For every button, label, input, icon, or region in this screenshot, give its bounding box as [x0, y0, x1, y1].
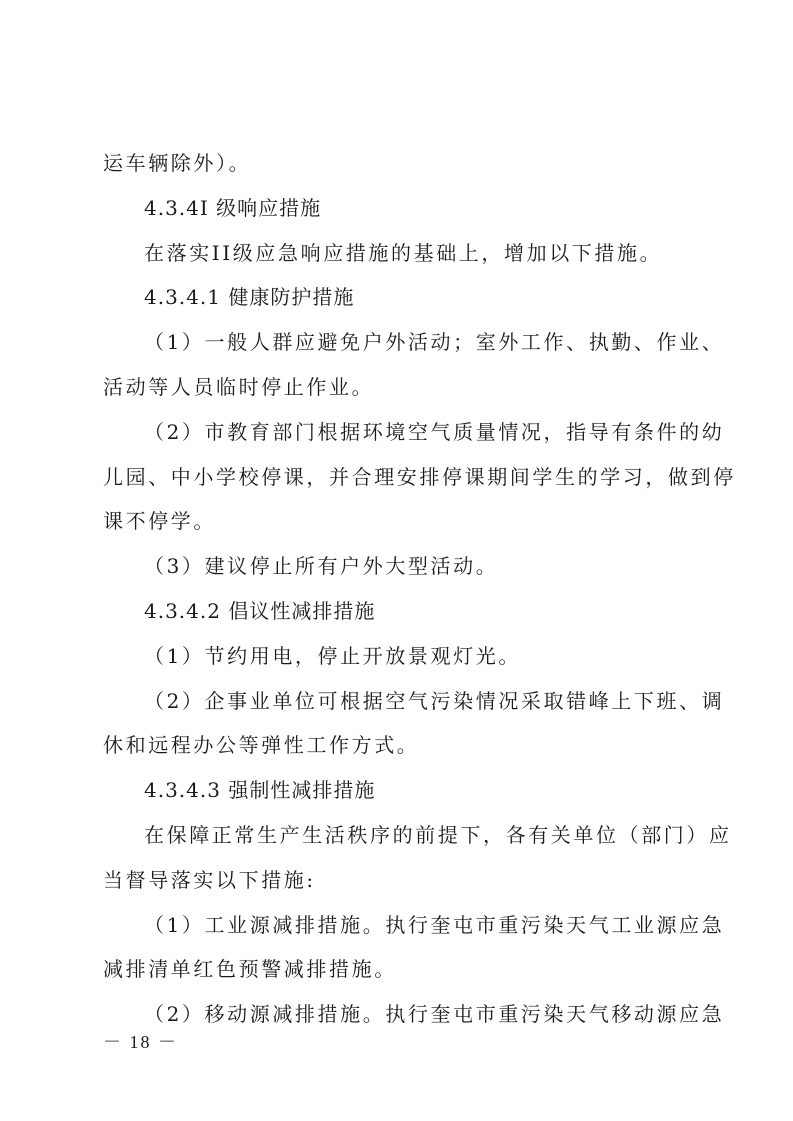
section-heading-4-3-4-1: 4.3.4.1 健康防护措施 — [103, 280, 693, 325]
paragraph-mandatory-intro: 在保障正常生产生活秩序的前提下，各有关单位（部门）应 — [103, 818, 693, 863]
list-item-mandatory-2: （2）移动源减排措施。执行奎屯市重污染天气移动源应急 — [103, 997, 693, 1042]
page-number: － 18 － — [103, 1028, 178, 1054]
list-item-health-2-cont: 儿园、中小学校停课，并合理安排停课期间学生的学习，做到停 — [103, 460, 693, 505]
body-text: 运车辆除外）。 4.3.4I 级响应措施 在落实II级应急响应措施的基础上，增加… — [103, 146, 693, 1042]
section-heading-4-3-4-3: 4.3.4.3 强制性减排措施 — [103, 773, 693, 818]
list-item-mandatory-1-cont: 减排清单红色预警减排措施。 — [103, 952, 693, 997]
paragraph-mandatory-intro-cont: 当督导落实以下措施: — [103, 863, 693, 908]
section-heading-4-3-4: 4.3.4I 级响应措施 — [103, 191, 693, 236]
document-page: 运车辆除外）。 4.3.4I 级响应措施 在落实II级应急响应措施的基础上，增加… — [0, 0, 793, 1121]
list-item-health-2-cont2: 课不停学。 — [103, 504, 693, 549]
list-item-health-3: （3）建议停止所有户外大型活动。 — [103, 549, 693, 594]
paragraph-intro: 在落实II级应急响应措施的基础上，增加以下措施。 — [103, 236, 693, 281]
list-item-voluntary-1: （1）节约用电，停止开放景观灯光。 — [103, 639, 693, 684]
list-item-health-2: （2）市教育部门根据环境空气质量情况，指导有条件的幼 — [103, 415, 693, 460]
text-line-continuation: 运车辆除外）。 — [103, 146, 693, 191]
list-item-health-1-cont: 活动等人员临时停止作业。 — [103, 370, 693, 415]
list-item-voluntary-2-cont: 休和远程办公等弹性工作方式。 — [103, 728, 693, 773]
section-heading-4-3-4-2: 4.3.4.2 倡议性减排措施 — [103, 594, 693, 639]
list-item-voluntary-2: （2）企事业单位可根据空气污染情况采取错峰上下班、调 — [103, 684, 693, 729]
list-item-health-1: （1）一般人群应避免户外活动；室外工作、执勤、作业、 — [103, 325, 693, 370]
list-item-mandatory-1: （1）工业源减排措施。执行奎屯市重污染天气工业源应急 — [103, 908, 693, 953]
